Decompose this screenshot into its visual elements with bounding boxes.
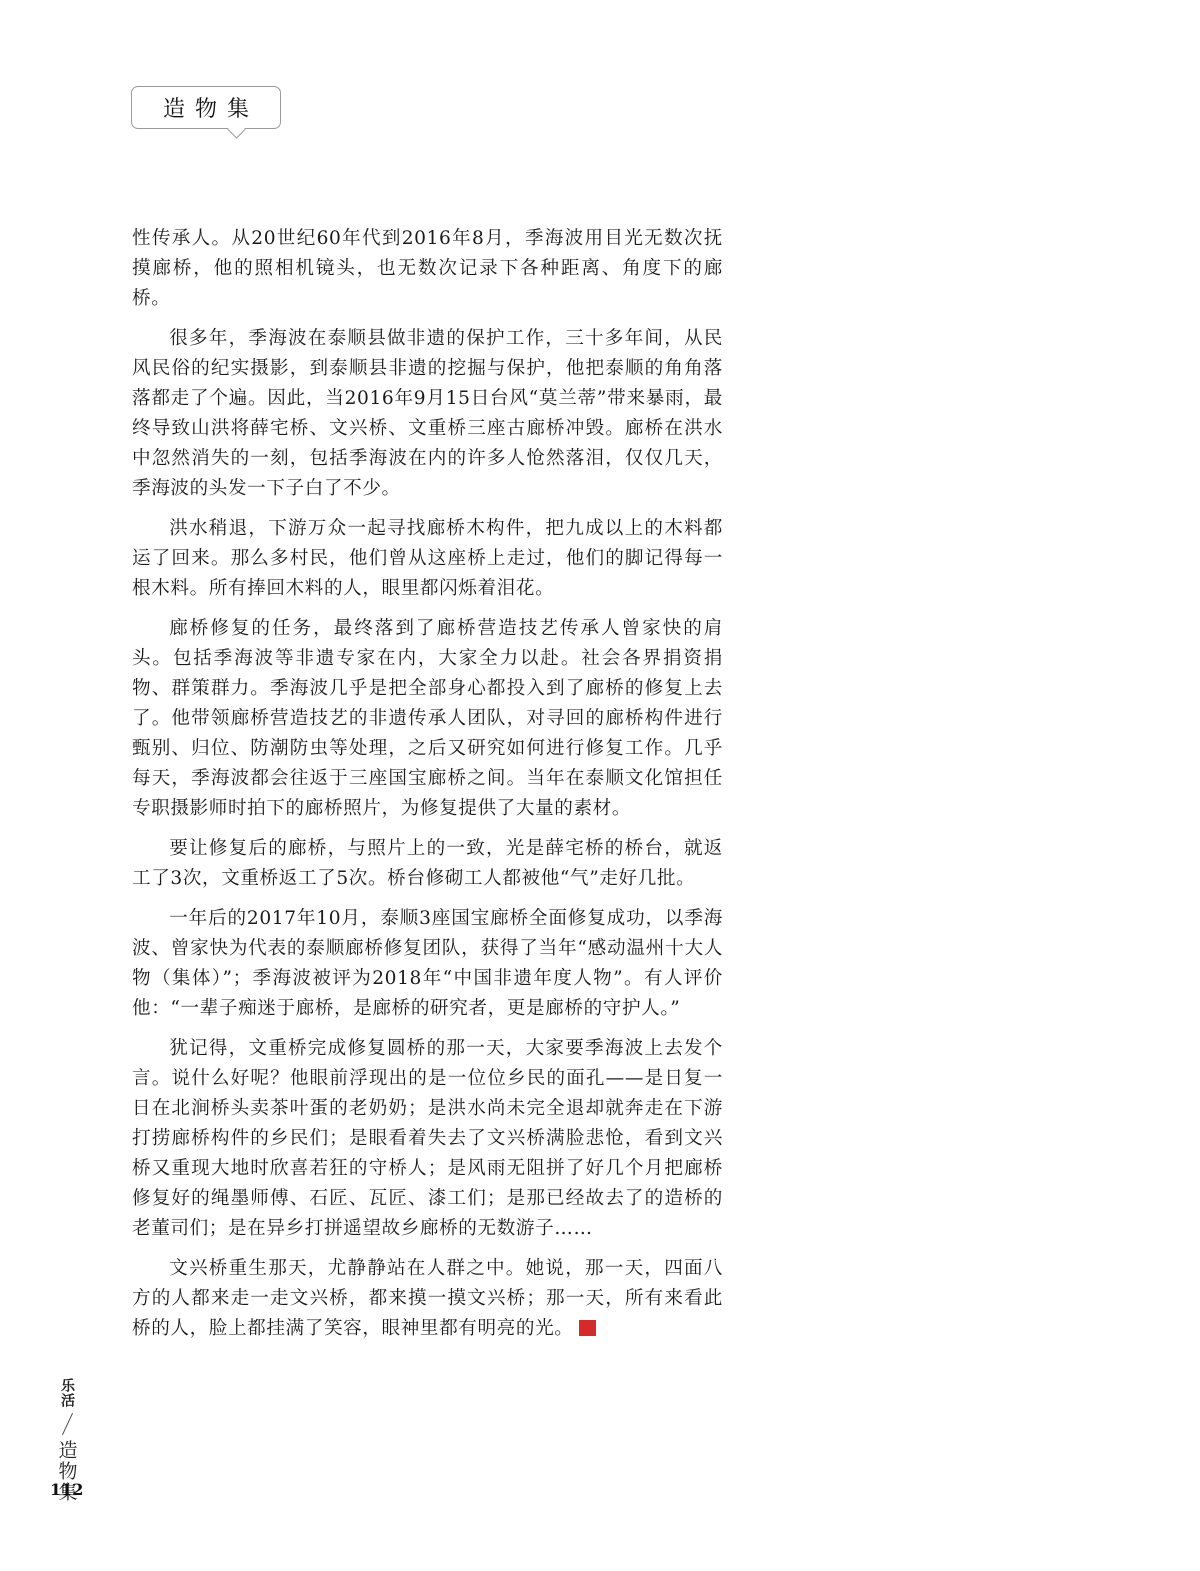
magazine-brand: 乐活 — [57, 1378, 77, 1408]
paragraph: 很多年，季海波在泰顺县做非遗的保护工作，三十多年间，从民风民俗的纪实摄影，到泰顺… — [132, 324, 723, 504]
speech-bubble-tail — [227, 120, 245, 138]
paragraph: 廊桥修复的任务，最终落到了廊桥营造技艺传承人曾家快的肩头。包括季海波等非遗专家在… — [132, 614, 723, 824]
end-of-article-square-icon — [579, 1320, 596, 1336]
page-number: 112 — [50, 1480, 83, 1499]
article-body: 性传承人。从20世纪60年代到2016年8月，季海波用目光无数次抚摸廊桥，他的照… — [132, 224, 723, 1354]
slash-divider — [61, 1413, 72, 1435]
paragraph: 要让修复后的廊桥，与照片上的一致，光是薛宅桥的桥台，就返工了3次，文重桥返工了5… — [132, 834, 723, 894]
paragraph-continued: 性传承人。从20世纪60年代到2016年8月，季海波用目光无数次抚摸廊桥，他的照… — [132, 224, 723, 314]
section-tag: 造物集 — [131, 86, 281, 129]
section-tag-label: 造物集 — [153, 92, 259, 123]
paragraph-final-text: 文兴桥重生那天，尤静静站在人群之中。她说，那一天，四面八方的人都来走一走文兴桥，… — [132, 1258, 723, 1339]
paragraph-final: 文兴桥重生那天，尤静静站在人群之中。她说，那一天，四面八方的人都来走一走文兴桥，… — [132, 1254, 723, 1344]
paragraph: 一年后的2017年10月，泰顺3座国宝廊桥全面修复成功，以季海波、曾家快为代表的… — [132, 904, 723, 1024]
paragraph: 洪水稍退，下游万众一起寻找廊桥木构件，把九成以上的木料都运了回来。那么多村民，他… — [132, 514, 723, 604]
paragraph: 犹记得，文重桥完成修复圆桥的那一天，大家要季海波上去发个言。说什么好呢？他眼前浮… — [132, 1034, 723, 1244]
